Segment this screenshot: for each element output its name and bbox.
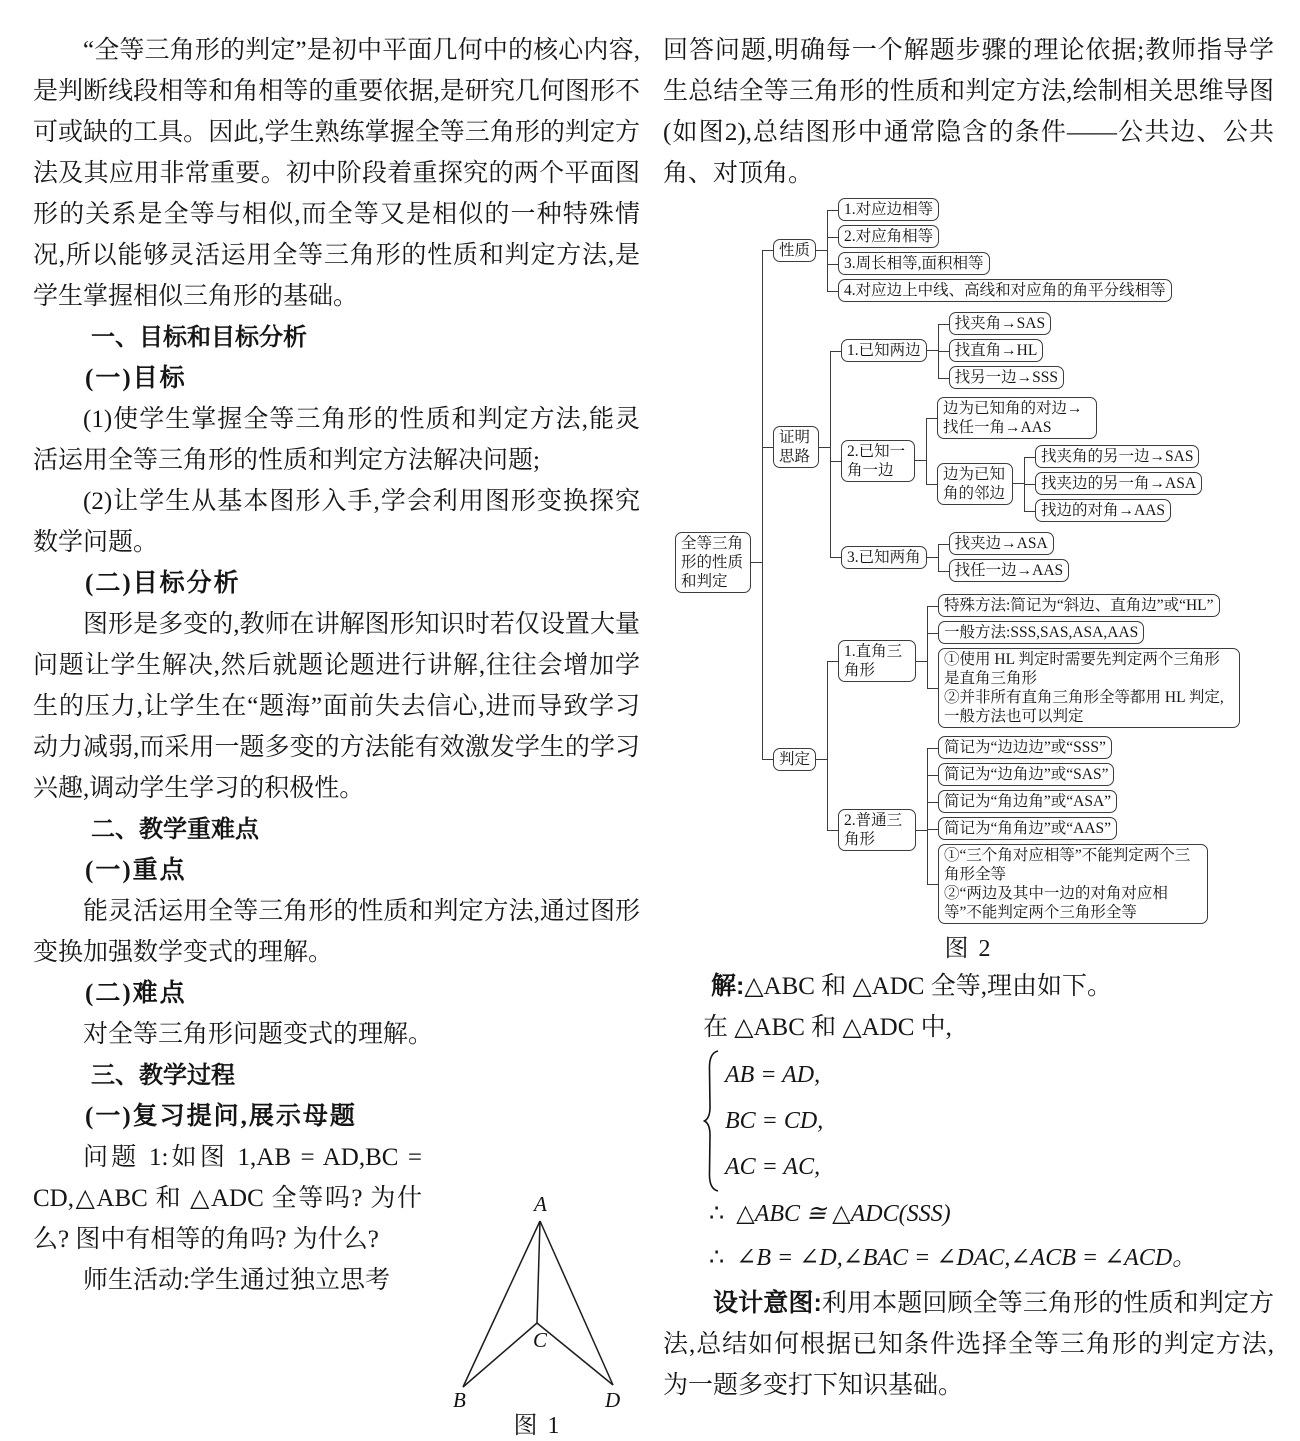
- equation-3: AC = AC,: [719, 1144, 823, 1190]
- tree-box-leaf: 找直角→HL: [949, 339, 1044, 362]
- tree-box-two-sides: 1.已知两边: [841, 339, 927, 362]
- tree-box-leaf: 找夹角的另一边→SAS: [1035, 445, 1199, 468]
- figure-1-label-c: C: [533, 1328, 548, 1352]
- tree-box-leaf: 找另一边→SSS: [949, 366, 1064, 389]
- tree-box-leaf: 特殊方法:简记为“斜边、直角边”或“HL”: [938, 594, 1220, 617]
- tree-box-note-hl: ①使用 HL 判定时需要先判定两个三角形是直角三角形 ②并非所有直角三角形全等都…: [938, 648, 1240, 728]
- tree-box-proof-ideas: 证明思路: [773, 426, 819, 468]
- note-line: ①使用 HL 判定时需要先判定两个三角形是直角三角形: [944, 650, 1234, 688]
- tree-box-leaf: 边为已知角的对边→找任一角→AAS: [937, 397, 1097, 439]
- solution-line-1: 解:△ABC 和 △ADC 全等,理由如下。: [663, 966, 1274, 1007]
- tree-box-leaf: 找夹边的另一角→ASA: [1035, 472, 1202, 495]
- solution-line-2: 在 △ABC 和 △ADC 中,: [663, 1007, 1274, 1048]
- tree-box-angle-side: 2.已知一角一边: [841, 440, 915, 482]
- paragraph-activity: 师生活动:学生通过独立思考: [33, 1260, 422, 1301]
- figure-2: 全等三角形的性质和判定 性质 1.对应边相等 2.对应角相等 3: [663, 194, 1274, 962]
- paragraph-difficulty: 对全等三角形问题变式的理解。: [33, 1014, 640, 1055]
- tree-box-leaf: 找任一边→AAS: [949, 559, 1070, 582]
- figure-1-label-d: D: [604, 1388, 620, 1412]
- heading-2-1: (一)重点: [33, 850, 640, 891]
- heading-3: 三、教学过程: [33, 1055, 640, 1096]
- paragraph-intro: “全等三角形的判定”是初中平面几何中的核心内容,是判断线段相等和角相等的重要依据…: [33, 30, 640, 317]
- tree-box-leaf: 简记为“边边边”或“SSS”: [938, 736, 1112, 759]
- tree-box-leaf: 找夹角→SAS: [949, 312, 1051, 335]
- document-page: “全等三角形的判定”是初中平面几何中的核心内容,是判断线段相等和角相等的重要依据…: [0, 0, 1300, 1441]
- heading-3-1: (一)复习提问,展示母题: [33, 1096, 640, 1137]
- tree-box-leaf: 4.对应边上中线、高线和对应角的角平分线相等: [838, 279, 1172, 302]
- right-column: 回答问题,明确每一个解题步骤的理论依据;教师指导学生总结全等三角形的性质和判定方…: [663, 30, 1274, 1441]
- tree-branch-proof-ideas: 证明思路 1.已知两边 找夹角: [762, 306, 1240, 588]
- paragraph-problem-1: 问题 1:如图 1,AB = AD,BC = CD,△ABC 和 △ADC 全等…: [33, 1137, 422, 1260]
- tree-branch-properties: 性质 1.对应边相等 2.对应角相等 3.周长相等,面积相等 4.对应边上中线、…: [762, 194, 1240, 306]
- equation-system: AB = AD, BC = CD, AC = AC,: [703, 1050, 1274, 1192]
- equation-2: BC = CD,: [719, 1098, 823, 1144]
- figure-1-label-b: B: [453, 1388, 466, 1412]
- paragraph-goal-2: (2)让学生从基本图形入手,学会利用图形变换探究数学问题。: [33, 481, 640, 563]
- conclusion-line-2: ∴∠B = ∠D,∠BAC = ∠DAC,∠ACB = ∠ACD。: [663, 1236, 1274, 1280]
- heading-1-1: (一)目标: [33, 358, 640, 399]
- design-intent-label: 设计意图:: [713, 1289, 822, 1317]
- tree-box-note-ordinary: ①“三个角对应相等”不能判定两个三角形全等 ②“两边及其中一边的对角对应相等”不…: [938, 844, 1208, 924]
- conclusion-line-1: ∴△ABC ≅ △ADC(SSS): [663, 1192, 1274, 1236]
- paragraph-goal-analysis: 图形是多变的,教师在讲解图形知识时若仅设置大量问题让学生解决,然后就题论题进行讲…: [33, 604, 640, 809]
- tree-box-leaf: 找边的对角→AAS: [1035, 499, 1171, 522]
- heading-1-2: (二)目标分析: [33, 563, 640, 604]
- figure-1-label-a: A: [532, 1192, 547, 1216]
- tree-box-two-angles: 3.已知两角: [841, 546, 927, 569]
- left-column: “全等三角形的判定”是初中平面几何中的核心内容,是判断线段相等和角相等的重要依据…: [33, 30, 640, 1441]
- tree-box-leaf: 一般方法:SSS,SAS,ASA,AAS: [938, 621, 1144, 644]
- tree-box-leaf: 简记为“角角边”或“AAS”: [938, 817, 1117, 840]
- figure-2-tree: 全等三角形的性质和判定 性质 1.对应边相等 2.对应角相等 3: [663, 194, 1274, 930]
- tree-branch-judgment: 判定 1.直角三角形 特殊方法: [762, 588, 1240, 930]
- tree-box-leaf: 简记为“角边角”或“ASA”: [938, 790, 1117, 813]
- heading-2: 二、教学重难点: [33, 809, 640, 850]
- therefore-sign: ∴: [709, 1245, 724, 1271]
- heading-2-2: (二)难点: [33, 973, 640, 1014]
- tree-box-leaf: 找夹边→ASA: [949, 532, 1054, 555]
- paragraph-key-point: 能灵活运用全等三角形的性质和判定方法,通过图形变换加强数学变式的理解。: [33, 891, 640, 973]
- paragraph-goal-1: (1)使学生掌握全等三角形的性质和判定方法,能灵活运用全等三角形的性质和判定方法…: [33, 399, 640, 481]
- figure-1-drawing: A B C D: [435, 1191, 640, 1413]
- tree-box-root: 全等三角形的性质和判定: [675, 532, 751, 593]
- tree-box-leaf: 简记为“边角边”或“SAS”: [938, 763, 1114, 786]
- paragraph-continuation: 回答问题,明确每一个解题步骤的理论依据;教师指导学生总结全等三角形的性质和判定方…: [663, 30, 1274, 194]
- tree-box-leaf: 3.周长相等,面积相等: [838, 252, 990, 275]
- figure-1-caption: 图 1: [435, 1413, 640, 1439]
- note-line: ②“两边及其中一边的对角对应相等”不能判定两个三角形全等: [944, 884, 1202, 922]
- brace-icon: [703, 1050, 719, 1192]
- equation-1: AB = AD,: [719, 1052, 823, 1098]
- solution-label: 解:: [711, 972, 744, 1000]
- paragraph-design-intent: 设计意图:利用本题回顾全等三角形的性质和判定方法,总结如何根据已知条件选择全等三…: [663, 1283, 1274, 1406]
- heading-1: 一、目标和目标分析: [33, 317, 640, 358]
- tree-connector: [751, 562, 762, 563]
- note-line: ②并非所有直角三角形全等都用 HL 判定,一般方法也可以判定: [944, 688, 1234, 726]
- figure-1: A B C D 图 1: [435, 1191, 640, 1439]
- therefore-sign: ∴: [709, 1201, 724, 1227]
- tree-box-judgment: 判定: [773, 748, 816, 771]
- tree-box-leaf: 2.对应角相等: [838, 225, 939, 248]
- note-line: ①“三个角对应相等”不能判定两个三角形全等: [944, 846, 1202, 884]
- tree-box-adjacent-side: 边为已知角的邻边: [937, 463, 1013, 505]
- tree-box-ordinary-triangle: 2.普通三角形: [838, 809, 916, 851]
- tree-box-properties: 性质: [773, 239, 816, 262]
- tree-box-leaf: 1.对应边相等: [838, 198, 939, 221]
- figure-2-caption: 图 2: [663, 936, 1274, 962]
- tree-box-right-triangle: 1.直角三角形: [838, 640, 916, 682]
